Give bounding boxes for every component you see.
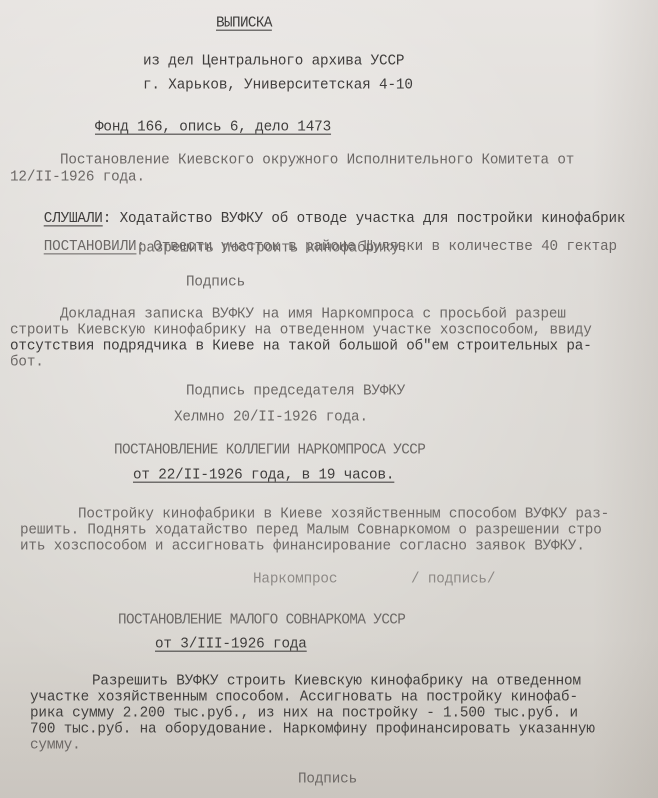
section2-line2: строить Киевскую кинофабрику на отведенн… [10, 323, 592, 338]
resolved-label: ПОСТАНОВИЛИ [44, 239, 137, 256]
section1-signature: Подпись [186, 275, 245, 290]
section4-signature: Подпись [298, 772, 357, 787]
document-subtitle-archive: из дел Центрального архива УССР [143, 54, 404, 69]
section3-heading-line1: ПОСТАНОВЛЕНИЕ КОЛЛЕГИИ НАРКОМПРОСА УССР [114, 443, 425, 458]
section4-line3: рика сумму 2.200 тыс.руб., из них на пос… [30, 706, 578, 721]
section1-intro-line2: 12/II-1926 года. [10, 170, 145, 185]
section2-signature-line2: Хелмно 20/II-1926 года. [174, 410, 368, 425]
section4-line1: Разрешить ВУФКУ строить Киевскую кинофаб… [92, 674, 581, 689]
section1-intro-line1: Постановление Киевского окружного Исполн… [60, 153, 574, 168]
section2-line4: бот. [10, 355, 44, 370]
section3-line2: решить. Поднять ходатайство перед Малым … [20, 523, 602, 538]
section4-line4: 700 тыс.руб. на оборудование. Наркомфину… [30, 722, 595, 737]
archive-reference: Фонд 166, опись 6, дело 1473 [95, 120, 331, 135]
section3-signature: / подпись/ [411, 572, 495, 587]
section2-line1: Докладная записка ВУФКУ на имя Наркомпро… [60, 307, 566, 322]
section4-line2: участке хозяйственным способом. Ассигнов… [30, 690, 578, 705]
section4-line5: сумму. [30, 738, 81, 753]
section3-signature-org: Наркомпрос [253, 572, 337, 587]
section4-heading-line1: ПОСТАНОВЛЕНИЕ МАЛОГО СОВНАРКОМА УССР [118, 613, 405, 628]
section3-line1: Постройку кинофабрики в Киеве хозяйствен… [78, 507, 609, 522]
section3-line3: ить хозспособом и ассигновать финансиров… [20, 539, 585, 554]
section4-heading-line2: от 3/III-1926 года [155, 637, 307, 652]
section2-signature-line1: Подпись председателя ВУФКУ [186, 384, 405, 399]
section2-line3: отсутствия подрядчика в Киеве на такой б… [10, 339, 592, 354]
document-title: ВЫПИСКА [216, 16, 272, 31]
section3-heading-line2: от 22/II-1926 года, в 19 часов. [133, 468, 394, 483]
document-subtitle-address: г. Харьков, Университетская 4-10 [143, 78, 413, 93]
section1-resolved-line2: разрешить построить кинофабрику. [138, 241, 408, 256]
